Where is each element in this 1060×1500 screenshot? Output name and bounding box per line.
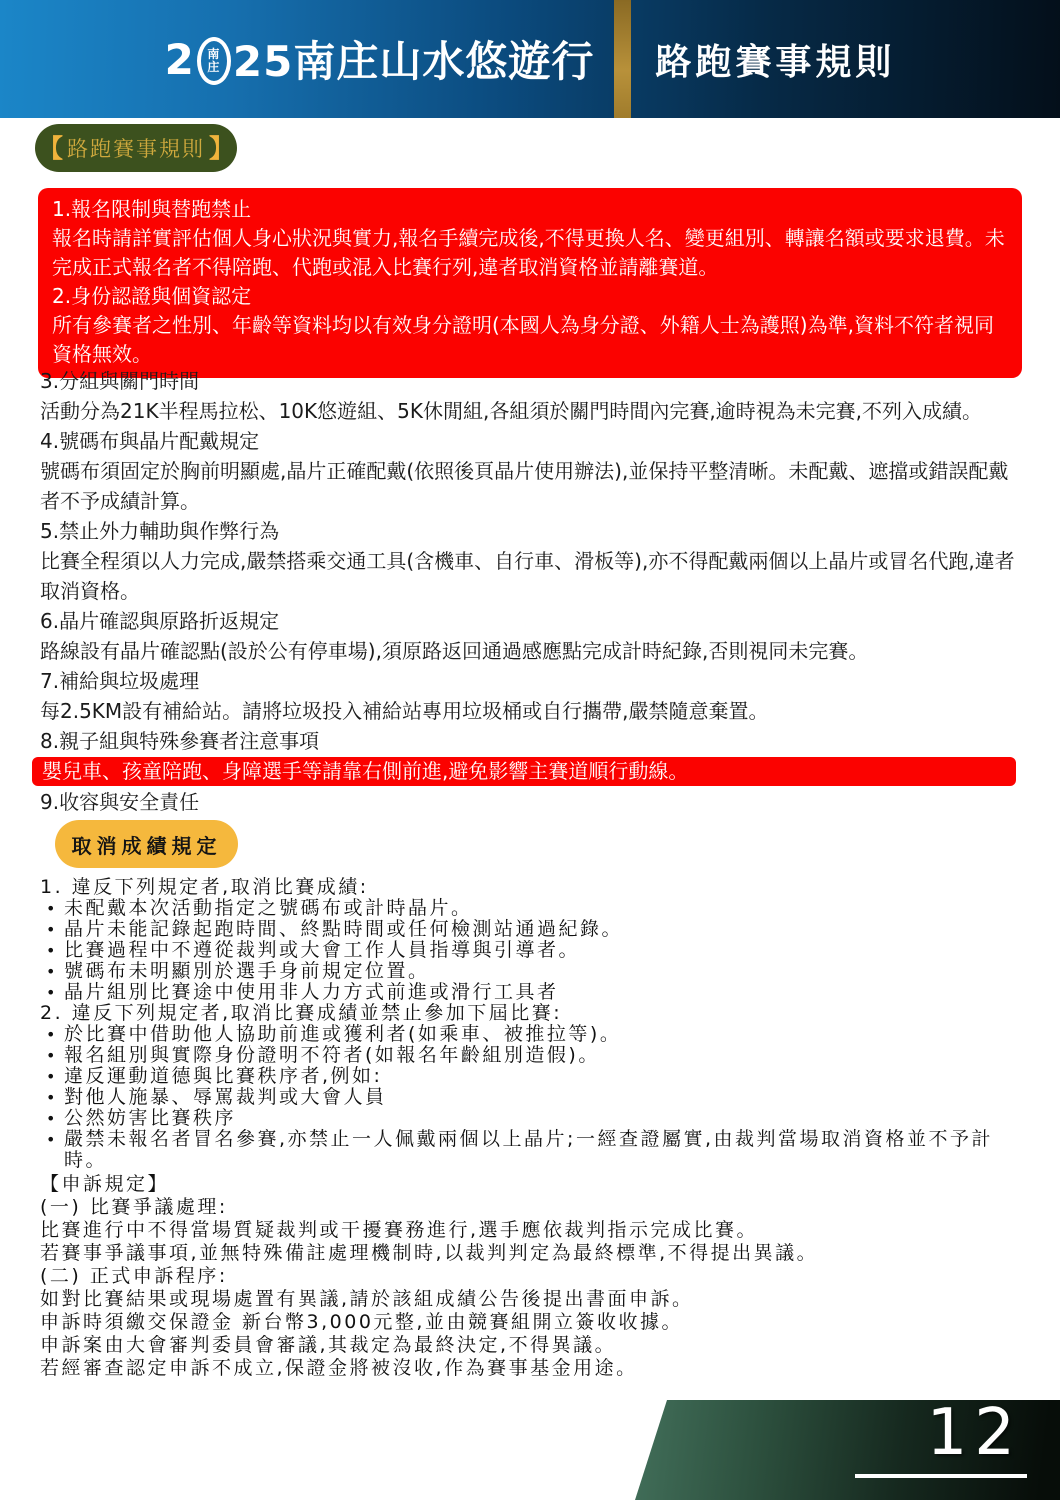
cancel-bullets-2: 於比賽中借助他人協助前進或獲利者(如乘車、被推拉等)。 報名組別與實際身份證明不… (40, 1024, 1035, 1171)
header-subtitle: 路跑賽事規則 (655, 34, 895, 85)
cancel-bullets-1: 未配戴本次活動指定之號碼布或計時晶片。 晶片未能記錄起跑時間、終點時間或任何檢測… (40, 898, 1035, 1003)
cancel-badge: 取消成績規定 (55, 820, 238, 868)
rule-title: 7.補給與垃圾處理 (40, 666, 1025, 696)
bullet-item: 號碼布未明顯別於選手身前規定位置。 (40, 961, 1035, 982)
rule-title: 6.晶片確認與原路折返規定 (40, 606, 1025, 636)
appeal-line: 比賽進行中不得當場質疑裁判或干擾賽務進行,選手應依裁判指示完成比賽。 (40, 1219, 1035, 1242)
rule-body: 所有參賽者之性別、年齡等資料均以有效身分證明(本國人為身分證、外籍人士為護照)為… (52, 311, 1008, 369)
bullet-item: 嚴禁未報名者冒名參賽,亦禁止一人佩戴兩個以上晶片;一經查證屬實,由裁判當場取消資… (40, 1129, 1035, 1171)
pill-bracket-right: 】 (209, 136, 234, 161)
bullet-item: 公然妨害比賽秩序 (40, 1108, 1035, 1129)
rule-body: 路線設有晶片確認點(設於公有停車場),須原路返回通過感應點完成計時紀錄,否則視同… (40, 636, 1025, 666)
appeal-line: (二) 正式申訴程序: (40, 1265, 1035, 1288)
bullet-item: 晶片組別比賽途中使用非人力方式前進或滑行工具者 (40, 982, 1035, 1003)
cancel-heading-2: 2. 違反下列規定者,取消比賽成績並禁止參加下屆比賽: (40, 1003, 1035, 1024)
page-number-underline (855, 1474, 1027, 1478)
nanzhuang-seal-icon: 南 庄 (197, 37, 231, 85)
highlight-strip: 嬰兒車、孩童陪跑、身障選手等請靠右側前進,避免影響主賽道順行動線。 (32, 757, 1016, 786)
bullet-item: 晶片未能記錄起跑時間、終點時間或任何檢測站通過紀錄。 (40, 919, 1035, 940)
rule-body: 報名時請詳實評估個人身心狀況與實力,報名手續完成後,不得更換人名、變更組別、轉讓… (52, 224, 1008, 282)
footer-shape: 12 (635, 1400, 1060, 1500)
rule-title: 4.號碼布與晶片配戴規定 (40, 426, 1025, 456)
appeal-line: 若經審查認定申訴不成立,保證金將被沒收,作為賽事基金用途。 (40, 1357, 1035, 1380)
page-number: 12 (927, 1398, 1022, 1468)
pill-label: 路跑賽事規則 (67, 133, 205, 163)
event-title-rest: 25南庄山水悠遊行 (233, 29, 594, 89)
bullet-item: 報名組別與實際身份證明不符者(如報名年齡組別造假)。 (40, 1045, 1035, 1066)
bullet-item: 違反運動道德與比賽秩序者,例如: (40, 1066, 1035, 1087)
rule-body: 比賽全程須以人力完成,嚴禁搭乘交通工具(含機車、自行車、滑板等),亦不得配戴兩個… (40, 546, 1025, 606)
appeal-line: 若賽事爭議事項,並無特殊備註處理機制時,以裁判判定為最終標準,不得提出異議。 (40, 1242, 1035, 1265)
bullet-item: 未配戴本次活動指定之號碼布或計時晶片。 (40, 898, 1035, 919)
rule-title: 1.報名限制與替跑禁止 (52, 195, 1008, 224)
bullet-item: 比賽過程中不遵從裁判或大會工作人員指導與引導者。 (40, 940, 1035, 961)
section-pill: 【 路跑賽事規則 】 (35, 124, 237, 172)
rule-title: 2.身份認證與個資認定 (52, 282, 1008, 311)
cancel-heading-1: 1. 違反下列規定者,取消比賽成績: (40, 877, 1035, 898)
rule-title: 3.分組與關門時間 (40, 366, 1025, 396)
header-divider (614, 0, 631, 118)
rule-title: 5.禁止外力輔助與作弊行為 (40, 516, 1025, 546)
rule-body: 號碼布須固定於胸前明顯處,晶片正確配戴(依照後頁晶片使用辦法),並保持平整清晰。… (40, 456, 1025, 516)
header: 2 南 庄 25南庄山水悠遊行 路跑賽事規則 (0, 0, 1060, 118)
red-rules-block: 1.報名限制與替跑禁止 報名時請詳實評估個人身心狀況與實力,報名手續完成後,不得… (38, 188, 1022, 378)
bullet-item: 對他人施暴、辱罵裁判或大會人員 (40, 1087, 1035, 1108)
pill-bracket-left: 【 (38, 136, 63, 161)
event-title: 2 南 庄 25南庄山水悠遊行 (165, 29, 595, 89)
bullet-item: 於比賽中借助他人協助前進或獲利者(如乘車、被推拉等)。 (40, 1024, 1035, 1045)
rules-list: 3.分組與關門時間 活動分為21K半程馬拉松、10K悠遊組、5K休閒組,各組須於… (40, 366, 1025, 817)
rule-title: 8.親子組與特殊參賽者注意事項 (40, 726, 1025, 756)
rule-body: 每2.5KM設有補給站。請將垃圾投入補給站專用垃圾桶或自行攜帶,嚴禁隨意棄置。 (40, 696, 1025, 726)
cancel-section: 1. 違反下列規定者,取消比賽成績: 未配戴本次活動指定之號碼布或計時晶片。 晶… (40, 877, 1035, 1380)
event-title-prefix: 2 (165, 35, 195, 84)
appeal-section: 【申訴規定】 (一) 比賽爭議處理: 比賽進行中不得當場質疑裁判或干擾賽務進行,… (40, 1173, 1035, 1380)
appeal-line: 申訴時須繳交保證金 新台幣3,000元整,並由競賽組開立簽收收據。 (40, 1311, 1035, 1334)
rule-body: 活動分為21K半程馬拉松、10K悠遊組、5K休閒組,各組須於關門時間內完賽,逾時… (40, 396, 1025, 426)
rule-title: 9.收容與安全責任 (40, 787, 1025, 817)
appeal-line: (一) 比賽爭議處理: (40, 1196, 1035, 1219)
appeal-line: 申訴案由大會審判委員會審議,其裁定為最終決定,不得異議。 (40, 1334, 1035, 1357)
appeal-title: 【申訴規定】 (40, 1173, 1035, 1196)
appeal-line: 如對比賽結果或現場處置有異議,請於該組成績公告後提出書面申訴。 (40, 1288, 1035, 1311)
